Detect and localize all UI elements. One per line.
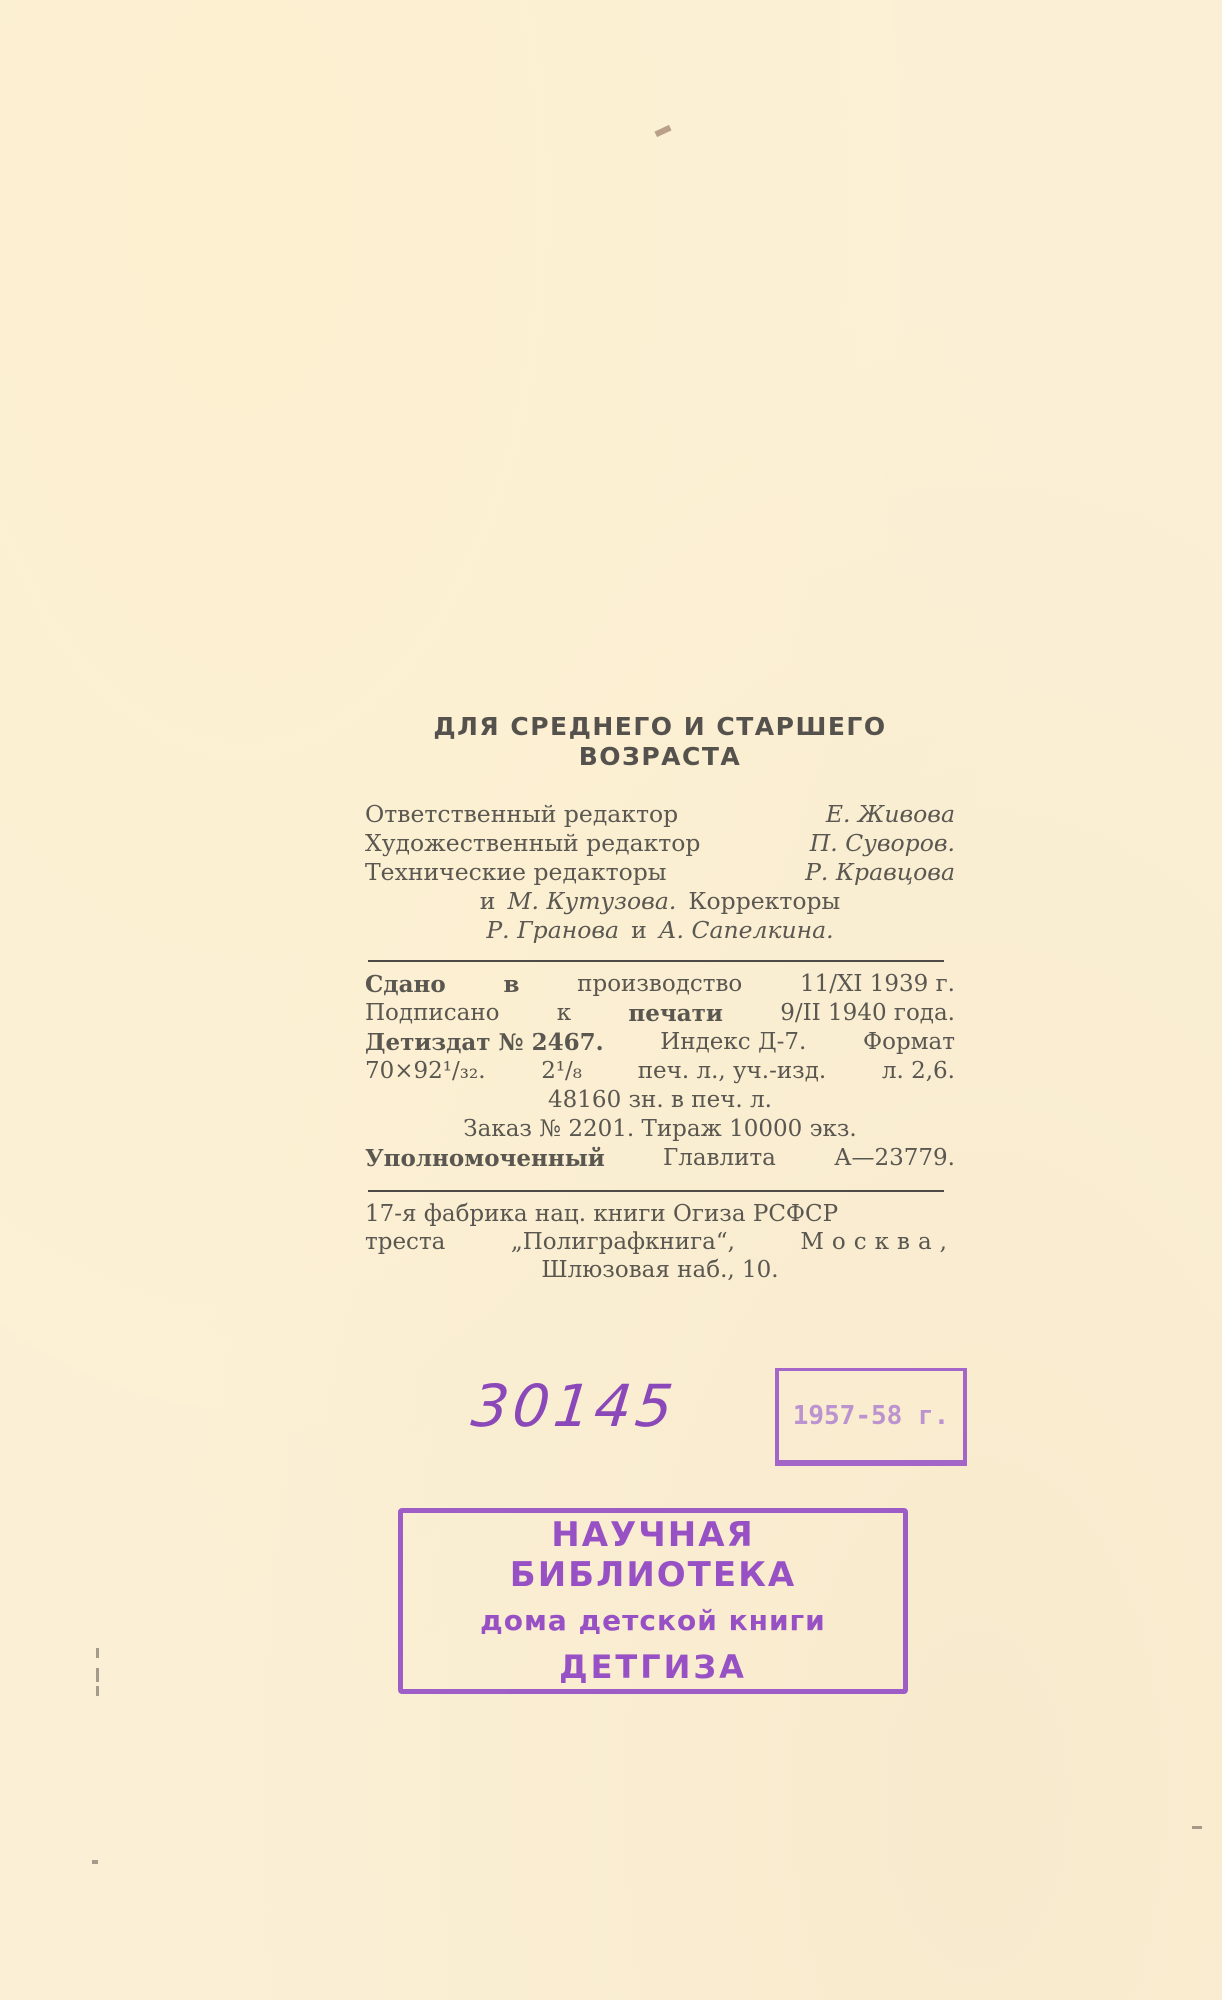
proofreaders-label: Корректоры [688,887,840,916]
censor-number: А—23779. [834,1144,955,1173]
year-stamp-text: 1957-58 г. [793,1401,950,1431]
paper-speck [96,1648,99,1658]
audience-line-1: ДЛЯ СРЕДНЕГО И СТАРШЕГО [365,712,955,742]
imprint-format-line: 70×92¹/₃₂. 2¹/₈ печ. л., уч.-изд. л. 2,6… [365,1057,955,1086]
proofreaders-line: Р. Гранова и А. Сапелкина. [365,916,955,945]
responsible-editor-label: Ответственный редактор [365,800,678,829]
printer-line-2: треста „Полиграфкнига“, Москва, [365,1228,955,1256]
printer-trust-label: треста [365,1228,445,1256]
proofreader-conj: и [631,916,647,945]
imprint-text: Подписано [365,999,500,1028]
library-stamp-line-3: ДЕТГИЗА [559,1647,747,1687]
imprint-text: Главлита [663,1144,776,1173]
imprint-order-line: Заказ № 2201. Тираж 10000 экз. [365,1115,955,1144]
paper-speck [96,1686,99,1696]
audience-line-2: ВОЗРАСТА [365,742,955,772]
imprint-text: Сдано [365,970,446,999]
imprint-censor-line: Уполномоченный Главлита А—23779. [365,1144,955,1173]
art-editor-name: П. Суворов. [810,829,955,858]
responsible-editor-name: Е. Живова [826,800,955,829]
sheets-count: 2¹/₈ [541,1057,582,1086]
imprint-text: к [557,999,571,1028]
divider-rule [368,1190,944,1192]
editorial-credits: Ответственный редактор Е. Живова Художес… [365,800,955,945]
proofreader-2: А. Сапелкина. [659,916,834,945]
printer-factory: 17-я фабрика нац. книги Огиза РСФСР [365,1200,838,1228]
tech-editors-label: Технические редакторы [365,858,667,887]
paper-speck [96,1668,99,1682]
tech-editor-2-line: и М. Кутузова. Корректоры [365,887,955,916]
printer-city: Москва, [800,1228,955,1256]
book-colophon-page: ДЛЯ СРЕДНЕГО И СТАРШЕГО ВОЗРАСТА Ответст… [0,0,1222,2000]
print-imprint: Сдано в производство 11/XI 1939 г. Подпи… [365,970,955,1173]
art-editor-label: Художественный редактор [365,829,700,858]
art-editor-line: Художественный редактор П. Суворов. [365,829,955,858]
library-stamp: НАУЧНАЯ БИБЛИОТЕКА дома детской книги ДЕ… [398,1508,908,1694]
imprint-submitted-line: Сдано в производство 11/XI 1939 г. [365,970,955,999]
imprint-text: Уполномоченный [365,1144,605,1173]
index-code: Индекс Д-7. [660,1028,806,1057]
library-stamp-line-1: НАУЧНАЯ БИБЛИОТЕКА [403,1515,903,1595]
submitted-date: 11/XI 1939 г. [800,970,955,999]
tech-editors-line: Технические редакторы Р. Кравцова [365,858,955,887]
signed-date: 9/II 1940 года. [780,999,955,1028]
divider-rule [368,960,944,962]
publisher-number: Детиздат № 2467. [365,1028,604,1057]
printer-address: Шлюзовая наб., 10. [541,1256,778,1284]
imprint-chars-line: 48160 зн. в печ. л. [365,1086,955,1115]
imprint-text: в [503,970,519,999]
library-stamp-line-2: дома детской книги [480,1601,826,1641]
proofreader-1: Р. Гранова [486,916,619,945]
edition-sheets: л. 2,6. [882,1057,955,1086]
tech-editor-conj: и [480,887,496,916]
imprint-publisher-line: Детиздат № 2467. Индекс Д-7. Формат [365,1028,955,1057]
format-label: Формат [863,1028,955,1057]
tech-editor-2: М. Кутузова. [507,887,676,916]
imprint-text: печати [628,999,723,1028]
tech-editor-1: Р. Кравцова [805,858,955,887]
printer-trust-name: „Полиграфкнига“, [511,1228,735,1256]
chars-per-sheet: 48160 зн. в печ. л. [548,1086,772,1115]
paper-speck [1192,1826,1202,1829]
printer-line-3: Шлюзовая наб., 10. [365,1256,955,1284]
printer-info: 17-я фабрика нац. книги Огиза РСФСР трес… [365,1200,955,1284]
year-stamp: 1957-58 г. [775,1368,967,1466]
imprint-signed-line: Подписано к печати 9/II 1940 года. [365,999,955,1028]
paper-format: 70×92¹/₃₂. [365,1057,486,1086]
order-and-print-run: Заказ № 2201. Тираж 10000 экз. [463,1115,856,1144]
imprint-text: производство [577,970,742,999]
audience-heading: ДЛЯ СРЕДНЕГО И СТАРШЕГО ВОЗРАСТА [365,712,955,772]
paper-speck [92,1860,98,1864]
imprint-text: печ. л., уч.-изд. [638,1057,826,1086]
paper-speck [654,125,671,137]
printer-line-1: 17-я фабрика нац. книги Огиза РСФСР [365,1200,955,1228]
handwritten-inventory-number: 30145 [468,1372,680,1440]
responsible-editor-line: Ответственный редактор Е. Живова [365,800,955,829]
